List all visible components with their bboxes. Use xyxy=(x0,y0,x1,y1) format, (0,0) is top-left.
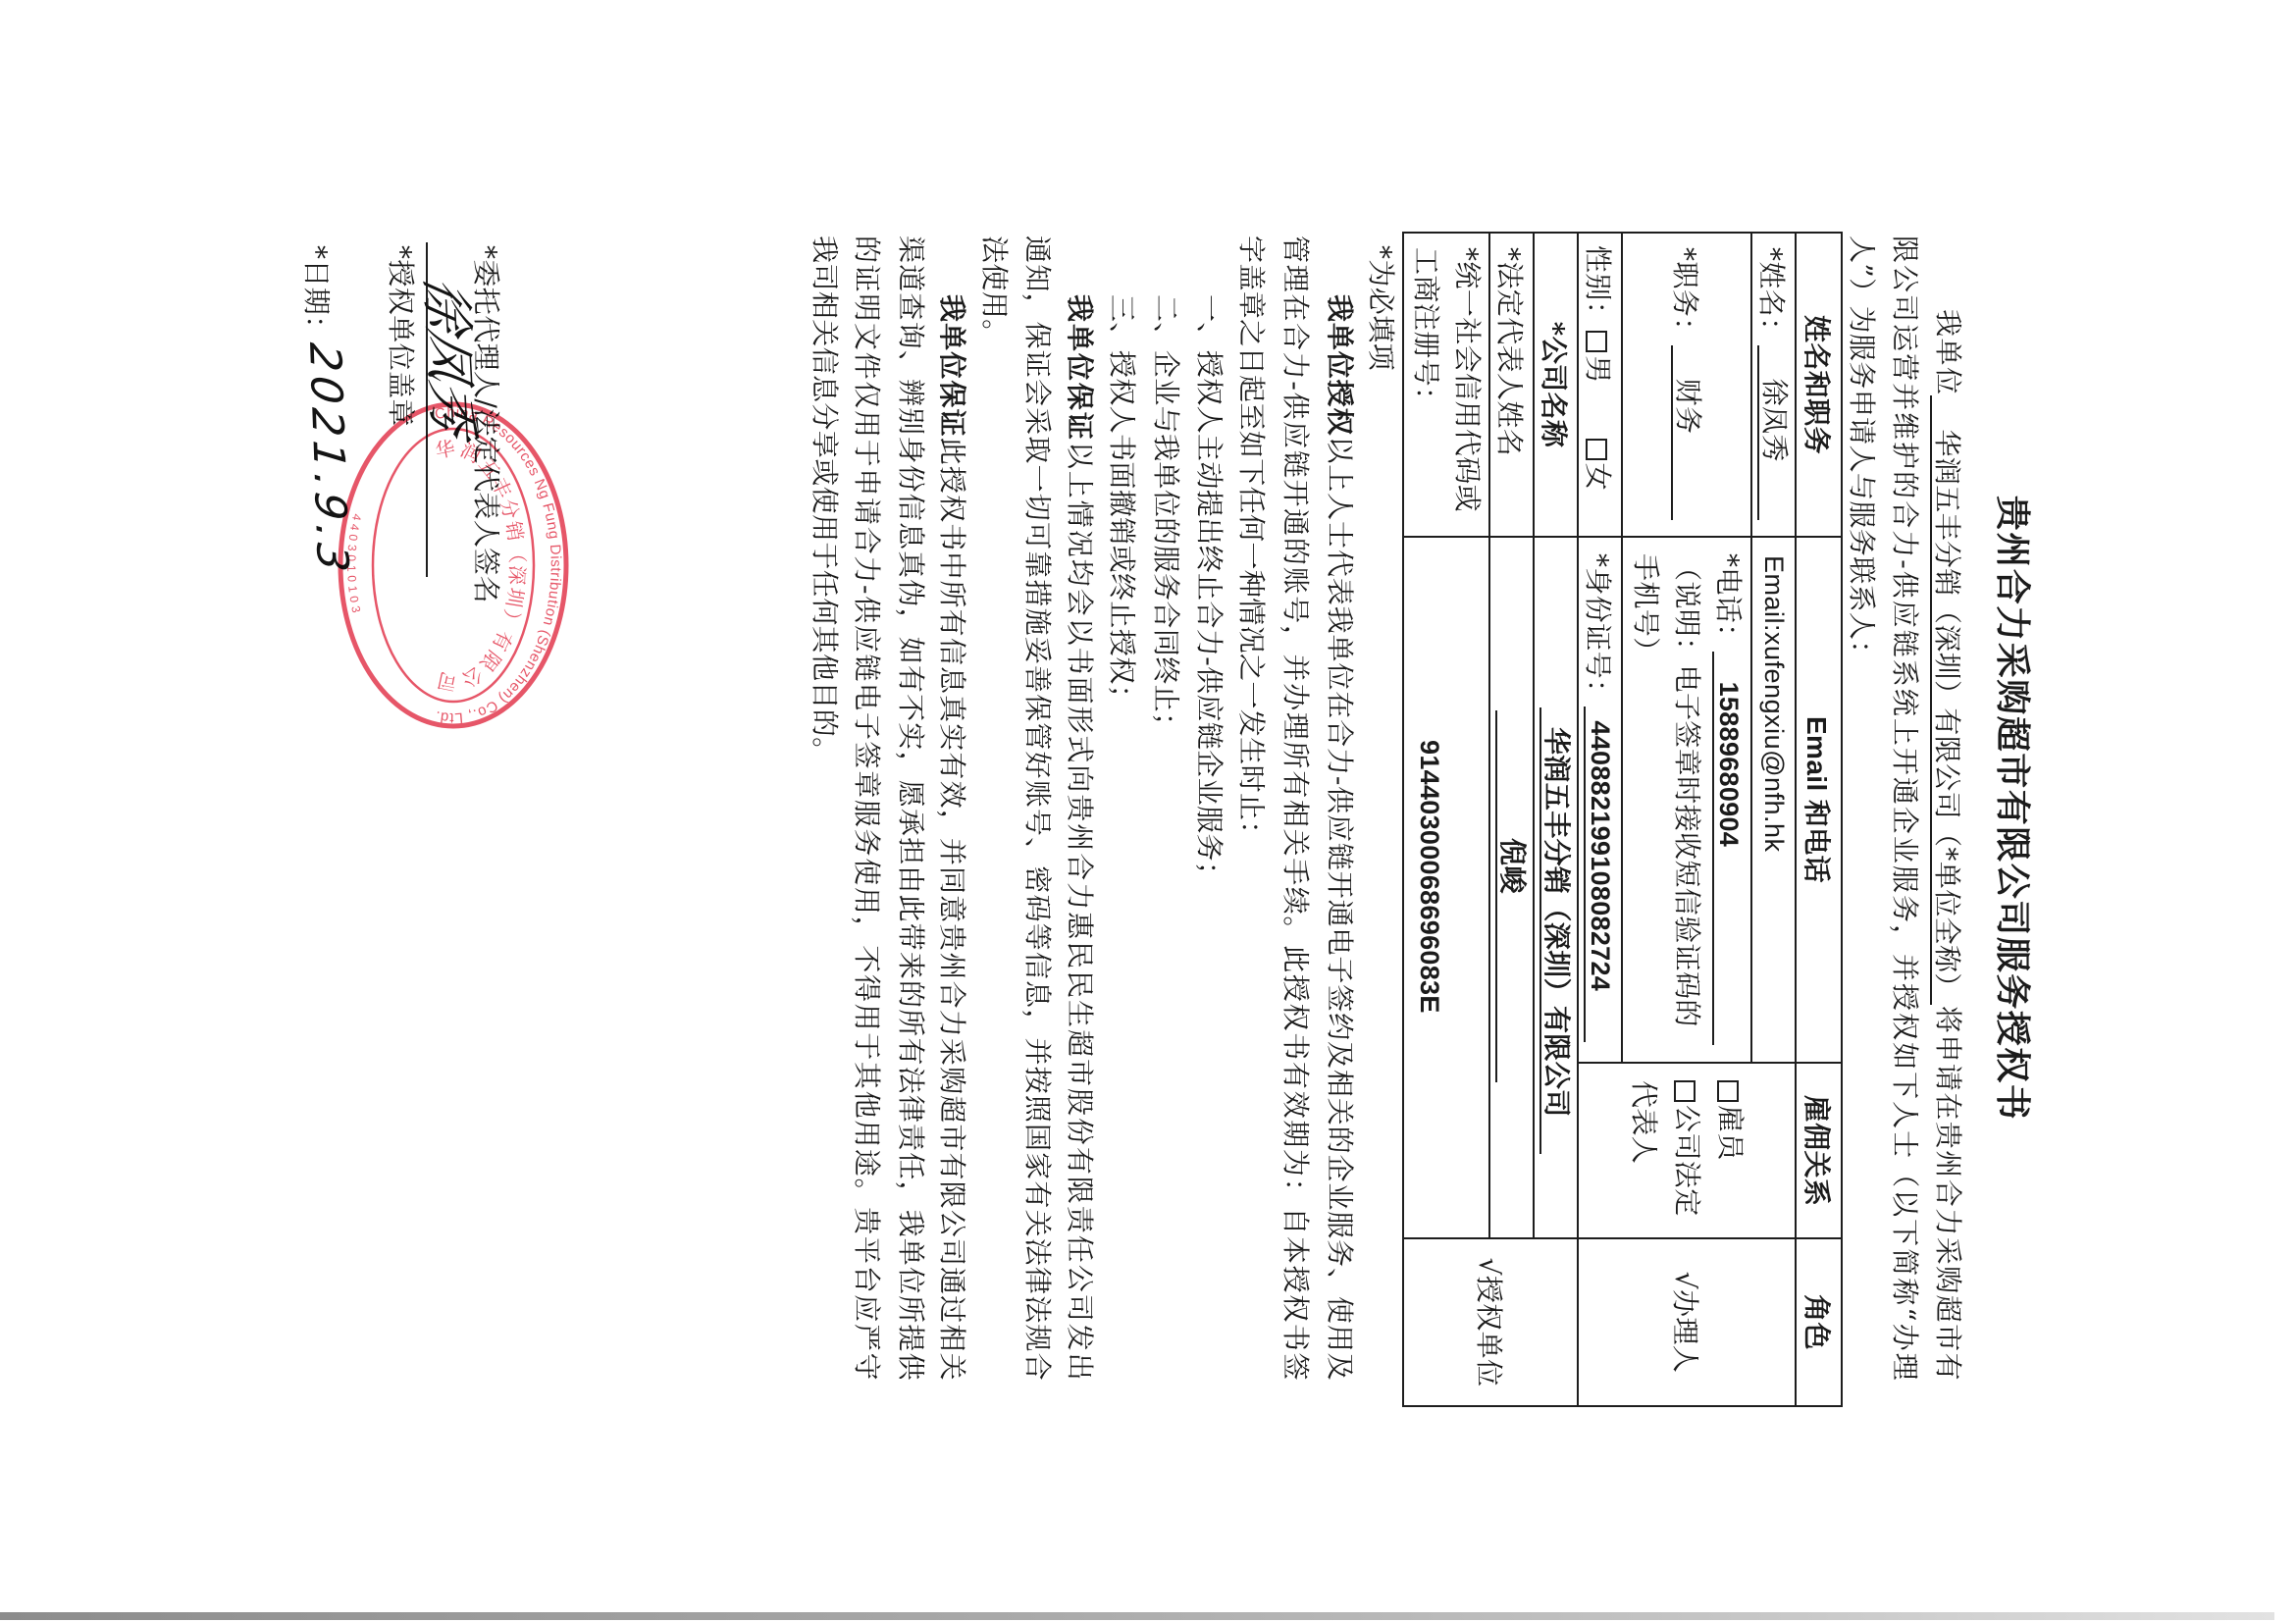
required-note: *为必填项 xyxy=(1359,245,1402,371)
company-seal-stamp: China Resources Ng Fung Distribution (Sh… xyxy=(334,396,573,734)
role-authorizer: √授权单位 xyxy=(1471,1258,1510,1387)
legal-rep-field: 倪峻 xyxy=(1496,710,1528,1082)
credit-code-label-line-1: *统一社会信用代码或 xyxy=(1446,247,1487,512)
intro-company-name: 华润五丰分销（深圳）有限公司 xyxy=(1932,429,1964,819)
header-name-title: 姓名和职务 xyxy=(1795,234,1841,538)
phone-value: 15889680904 xyxy=(1714,682,1744,847)
gender-label: 性别： xyxy=(1581,245,1620,329)
bold-lead: 我单位保证 xyxy=(1064,294,1096,442)
applicant-info-table: 姓名和职务 Email 和电话 雇佣关系 角色 *姓名： 徐凤秀 Email:x… xyxy=(1402,232,1843,1407)
phone-label: *电话： xyxy=(1707,553,1748,652)
header-employment: 雇佣关系 xyxy=(1795,1064,1841,1239)
name-cell: *姓名： 徐凤秀 xyxy=(1750,234,1795,538)
name-field: 徐凤秀 xyxy=(1758,345,1790,520)
line-text: 此授权书中所有信息真实有效，并同意贵州合力采购超市有限公司通过相关 xyxy=(936,438,968,1381)
information-line: 我单位保证此授权书中所有信息真实有效，并同意贵州合力采购超市有限公司通过相关 xyxy=(930,294,973,1381)
notification-line: 通知，保证会采取一切可靠措施妥善保管好账号、密码等信息，并按照国家有关法律法规合 xyxy=(1016,236,1059,1381)
intro-line-3: 人”）为服务申请人与服务联系人： xyxy=(1840,236,1883,668)
termination-item: 二、企业与我单位的服务合同终止； xyxy=(1144,294,1187,740)
bold-lead: 我单位保证 xyxy=(936,294,968,438)
name-label: *姓名： xyxy=(1754,247,1794,345)
notification-line: 法使用。 xyxy=(972,236,1016,347)
checkbox-legal-rep xyxy=(1675,1080,1696,1102)
phone-note-line-1: （说明：电子签章时接收短信验证码的 xyxy=(1666,553,1707,1027)
phone-line: *电话： 15889680904 xyxy=(1707,553,1748,1045)
job-field: 财务 xyxy=(1671,345,1702,520)
document-title: 贵州合力采购超市有限公司服务授权书 xyxy=(1989,236,2036,1381)
company-label: *公司名称 xyxy=(1533,234,1577,538)
line-text: 渠道查询、辨别身份信息真伪，如有不实，愿承担由此带来的所有法律责任，我单位所提供 xyxy=(895,236,927,1381)
credit-code-cell: 91440300068696083E xyxy=(1402,538,1488,1239)
job-cell: *职务： 财务 xyxy=(1621,234,1750,538)
information-line: 的证明文件仅用于申请合力-供应链电子签章服务使用，不得用于其他用途。贵平台应严守 xyxy=(845,236,888,1381)
gender-option-label: 男 xyxy=(1583,355,1615,383)
legal-rep-cell: 倪峻 xyxy=(1488,538,1533,1239)
authorization-document-page: 贵州合力采购超市有限公司服务授权书 我单位华润五丰分销（深圳）有限公司（*单位全… xyxy=(0,0,2296,1623)
header-role: 角色 xyxy=(1795,1239,1841,1407)
bold-lead: 我单位授权 xyxy=(1324,294,1356,436)
job-value: 财务 xyxy=(1672,379,1704,435)
credit-code-label-line-2: 工商注册号： xyxy=(1405,247,1446,414)
line-text: 以上情况均会以书面形式向贵州合力惠民民生超市股份有限责任公司发出 xyxy=(1064,442,1096,1381)
list-marker: 一、 xyxy=(1193,294,1226,350)
legal-rep-label: *法定代表人姓名 xyxy=(1488,234,1533,538)
list-text: 企业与我单位的服务合同终止； xyxy=(1150,350,1182,741)
employment-option-label: 雇员 xyxy=(1714,1105,1747,1161)
phone-note-line-2: 手机号） xyxy=(1625,553,1666,665)
authorization-line: 管理在合力-供应链开通的账号，并办理所有相关手续。此授权书有效期为：自本授权书签 xyxy=(1274,236,1317,1381)
authorization-line: 字盖章之日起至如下任何一种情况之一发生时止： xyxy=(1229,236,1273,849)
gender-option-female: 女 xyxy=(1581,439,1620,491)
termination-item: 三、授权人书面撤销或终止授权； xyxy=(1100,294,1143,712)
employment-option-legal-rep: 公司法定代表人 xyxy=(1622,1080,1708,1228)
role-agent-cell: √办理人 xyxy=(1577,1239,1795,1407)
role-authorizer-cell: √授权单位 xyxy=(1402,1239,1577,1407)
employment-option-employee: 雇员 xyxy=(1708,1080,1751,1161)
list-marker: 三、 xyxy=(1106,294,1138,350)
checkbox-female xyxy=(1586,439,1607,460)
id-label: *身份证号： xyxy=(1581,553,1620,707)
gender-cell: 性别： 男 女 xyxy=(1577,234,1621,538)
line-text: 管理在合力-供应链开通的账号，并办理所有相关手续。此授权书有效期为：自本授权书签 xyxy=(1279,236,1312,1381)
email-cell: Email:xufengxiu@nfh.hk xyxy=(1750,538,1795,1064)
termination-item: 一、授权人主动提出终止合力-供应链企业服务； xyxy=(1187,294,1230,889)
intro-line1-rest: 将申请在贵州合力采购超市有 xyxy=(1932,1005,1964,1381)
information-line: 我司相关信息分享或使用于任何其他目的。 xyxy=(803,236,846,765)
id-value: 440882199108082724 xyxy=(1587,720,1616,991)
list-text: 授权人主动提出终止合力-供应链企业服务； xyxy=(1193,350,1226,889)
company-field: 华润五丰分销（深圳）有限公司 xyxy=(1540,707,1572,1154)
credit-code-label: *统一社会信用代码或 工商注册号： xyxy=(1402,234,1488,538)
name-value: 徐凤秀 xyxy=(1759,379,1792,462)
job-label: *职务： xyxy=(1667,247,1706,345)
authorization-line: 我单位授权以上人士代表我单位在合力-供应链开通电子签约及相关的企业服务、使用及 xyxy=(1318,294,1361,1381)
line-text: 的证明文件仅用于申请合力-供应链电子签章服务使用，不得用于其他用途。贵平台应严守 xyxy=(851,236,883,1381)
gender-option-label: 女 xyxy=(1583,463,1615,491)
header-email-phone: Email 和电话 xyxy=(1795,538,1841,1064)
notification-line: 我单位保证以上情况均会以书面形式向贵州合力惠民民生超市股份有限责任公司发出 xyxy=(1058,294,1101,1381)
seal-inner-text: 华润五丰分销（深圳）有限公司 xyxy=(433,436,529,695)
information-line: 渠道查询、辨别身份信息真伪，如有不实，愿承担由此带来的所有法律责任，我单位所提供 xyxy=(889,236,932,1381)
gender-option-male: 男 xyxy=(1581,331,1620,383)
line-text: 以上人士代表我单位在合力-供应链开通电子签约及相关的企业服务、使用及 xyxy=(1324,436,1356,1381)
company-name-field: 华润五丰分销（深圳）有限公司（*单位全称） xyxy=(1931,395,1962,1004)
seal-code: 4403010103 xyxy=(344,512,364,617)
checkbox-employee xyxy=(1718,1080,1740,1102)
line-text: 我司相关信息分享或使用于任何其他目的。 xyxy=(809,236,841,765)
list-text: 授权人书面撤销或终止授权； xyxy=(1106,350,1138,712)
line-text: 通知，保证会采取一切可靠措施妥善保管好账号、密码等信息，并按照国家有关法律法规合 xyxy=(1021,236,1054,1381)
id-field: 440882199108082724 xyxy=(1585,707,1616,1042)
id-cell: *身份证号： 440882199108082724 xyxy=(1577,538,1621,1064)
line-text: 字盖章之日起至如下任何一种情况之一发生时止： xyxy=(1235,236,1268,849)
legal-rep-value: 倪峻 xyxy=(1497,838,1530,894)
scanner-edge-strip xyxy=(0,1612,2274,1620)
credit-code-value: 91440300068696083E xyxy=(1410,740,1449,1014)
intro-line-1: 我单位华润五丰分销（深圳）有限公司（*单位全称）将申请在贵州合力采购超市有 xyxy=(1926,309,1969,1381)
list-marker: 二、 xyxy=(1150,294,1182,350)
intro-line-2: 限公司运营并维护的合力-供应链系统上开通企业服务，并授权如下人士（以下简称“办理 xyxy=(1883,236,1926,1381)
intro-company-hint: （*单位全称） xyxy=(1932,819,1964,1001)
company-value: 华润五丰分销（深圳）有限公司 xyxy=(1541,727,1574,1118)
employment-cell: 雇员 公司法定代表人 xyxy=(1577,1064,1795,1239)
date-label: *日期： xyxy=(294,245,338,343)
phone-cell: *电话： 15889680904 （说明：电子签章时接收短信验证码的 手机号） xyxy=(1621,538,1750,1064)
intro-prefix: 我单位 xyxy=(1932,309,1964,395)
email-value: Email:xufengxiu@nfh.hk xyxy=(1758,555,1789,853)
phone-field: 15889680904 xyxy=(1712,652,1744,1045)
role-agent: √办理人 xyxy=(1667,1272,1706,1373)
checkbox-male xyxy=(1586,331,1607,352)
company-cell: 华润五丰分销（深圳）有限公司 xyxy=(1533,538,1577,1239)
line-text: 法使用。 xyxy=(978,236,1011,347)
